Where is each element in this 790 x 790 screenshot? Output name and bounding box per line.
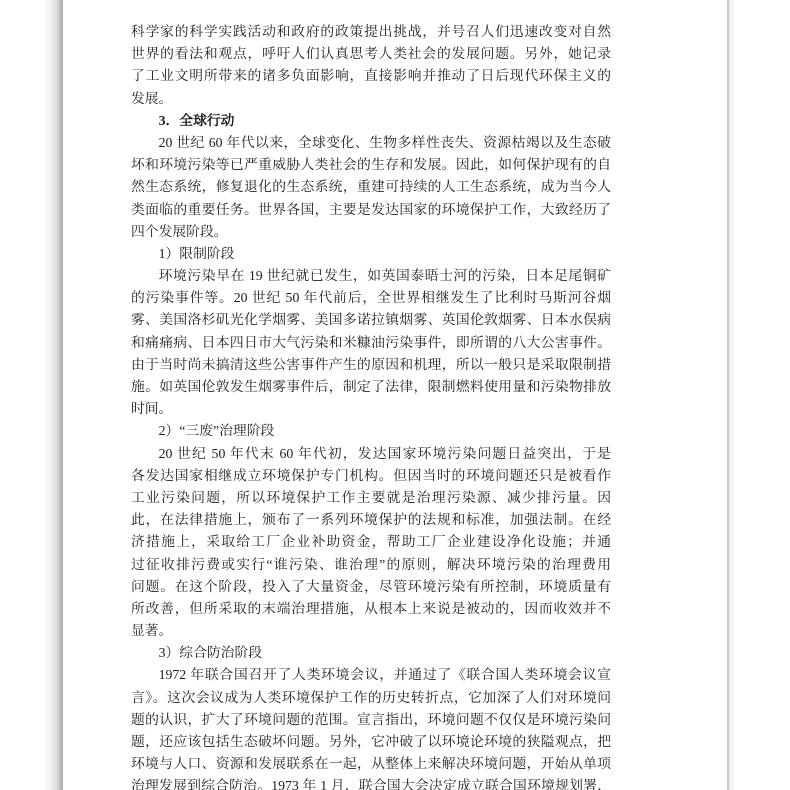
text-line: 2）“三废”治理阶段 [131, 420, 611, 442]
text-line: 言》。这次会议成为人类环境保护工作的历史转折点，它加深了人们对环境问 [131, 687, 611, 709]
text-line: 然生态系统，修复退化的生态系统，重建可持续的人工生态系统，成为当今人 [131, 176, 611, 198]
text-line: 济措施上，采取给工厂企业补助资金，帮助工厂企业建设净化设施；并通 [131, 531, 611, 553]
text-line: 科学家的科学实践活动和政府的政策提出挑战，并号召人们迅速改变对自然 [131, 21, 611, 43]
text-line: 题，还应该包括生态破坏问题。另外，它冲破了以环境论环境的狭隘观点，把 [131, 731, 611, 753]
text-line: 的污染事件等。20 世纪 50 年代前后，全世界相继发生了比利时马斯河谷烟 [131, 287, 611, 309]
text-line: 1）限制阶段 [131, 243, 611, 265]
text-line: 时间。 [131, 398, 611, 420]
text-line: 问题。在这个阶段，投入了大量资金，尽管环境污染有所控制，环境质量有 [131, 576, 611, 598]
text-line: 此，在法律措施上，颁布了一系列环境保护的法规和标准，加强法制。在经 [131, 509, 611, 531]
text-line: 各发达国家相继成立环境保护专门机构。但因当时的环境问题还只是被看作 [131, 465, 611, 487]
text-line: 环境与人口、资源和发展联系在一起，从整体上来解决环境问题，开始从单项 [131, 753, 611, 775]
text-line: 世界的看法和观点，呼吁人们认真思考人类社会的发展问题。另外，她记录 [131, 43, 611, 65]
text-line: 了工业文明所带来的诸多负面影响，直接影响并推动了日后现代环保主义的 [131, 65, 611, 87]
text-line: 由于当时尚未搞清这些公害事件产生的原因和机理，所以一般只是采取限制措 [131, 354, 611, 376]
text-line: 类面临的重要任务。世界各国，主要是发达国家的环境保护工作，大致经历了 [131, 199, 611, 221]
text-line: 治理发展到综合防治。1973 年 1 月，联合国大会决定成立联合国环境规划署， [131, 775, 611, 790]
text-line: 工业污染问题，所以环境保护工作主要就是治理污染源、减少排污量。因 [131, 487, 611, 509]
text-line: 20 世纪 50 年代末 60 年代初，发达国家环境污染问题日益突出，于是 [131, 443, 611, 465]
page-left-edge-shadow [42, 0, 63, 790]
text-line: 四个发展阶段。 [131, 221, 611, 243]
text-line: 显著。 [131, 620, 611, 642]
text-line: 坏和环境污染等已严重威胁人类社会的生存和发展。因此，如何保护现有的自 [131, 154, 611, 176]
page-right-edge-fade [729, 0, 736, 790]
text-line: 题的认识，扩大了环境问题的范围。宣言指出，环境问题不仅仅是环境污染问 [131, 709, 611, 731]
text-line: 施。如英国伦敦发生烟雾事件后，制定了法律，限制燃料使用量和污染物排放 [131, 376, 611, 398]
text-line: 20 世纪 60 年代以来，全球变化、生物多样性丧失、资源枯竭以及生态破 [131, 132, 611, 154]
section-heading-line: 3．全球行动 [131, 110, 611, 132]
text-line: 发展。 [131, 88, 611, 110]
text-block: 科学家的科学实践活动和政府的政策提出挑战，并号召人们迅速改变对自然世界的看法和观… [131, 21, 611, 790]
document-page: 科学家的科学实践活动和政府的政策提出挑战，并号召人们迅速改变对自然世界的看法和观… [0, 0, 790, 790]
text-line: 环境污染早在 19 世纪就已发生，如英国泰晤士河的污染，日本足尾铜矿 [131, 265, 611, 287]
text-line: 1972 年联合国召开了人类环境会议，并通过了《联合国人类环境会议宣 [131, 664, 611, 686]
screenshot-canvas: { "page": { "background_color": "#ffffff… [0, 0, 790, 790]
text-line: 3）综合防治阶段 [131, 642, 611, 664]
text-line: 和痛痛病、日本四日市大气污染和米糠油污染事件，即所谓的八大公害事件。 [131, 332, 611, 354]
text-line: 所改善，但所采取的末端治理措施，从根本上来说是被动的，因而收效并不 [131, 598, 611, 620]
text-line: 雾、美国洛杉矶光化学烟雾、美国多诺拉镇烟雾、英国伦敦烟雾、日本水俣病 [131, 309, 611, 331]
text-line: 过征收排污费或实行“谁污染、谁治理”的原则，解决环境污染的治理费用 [131, 554, 611, 576]
